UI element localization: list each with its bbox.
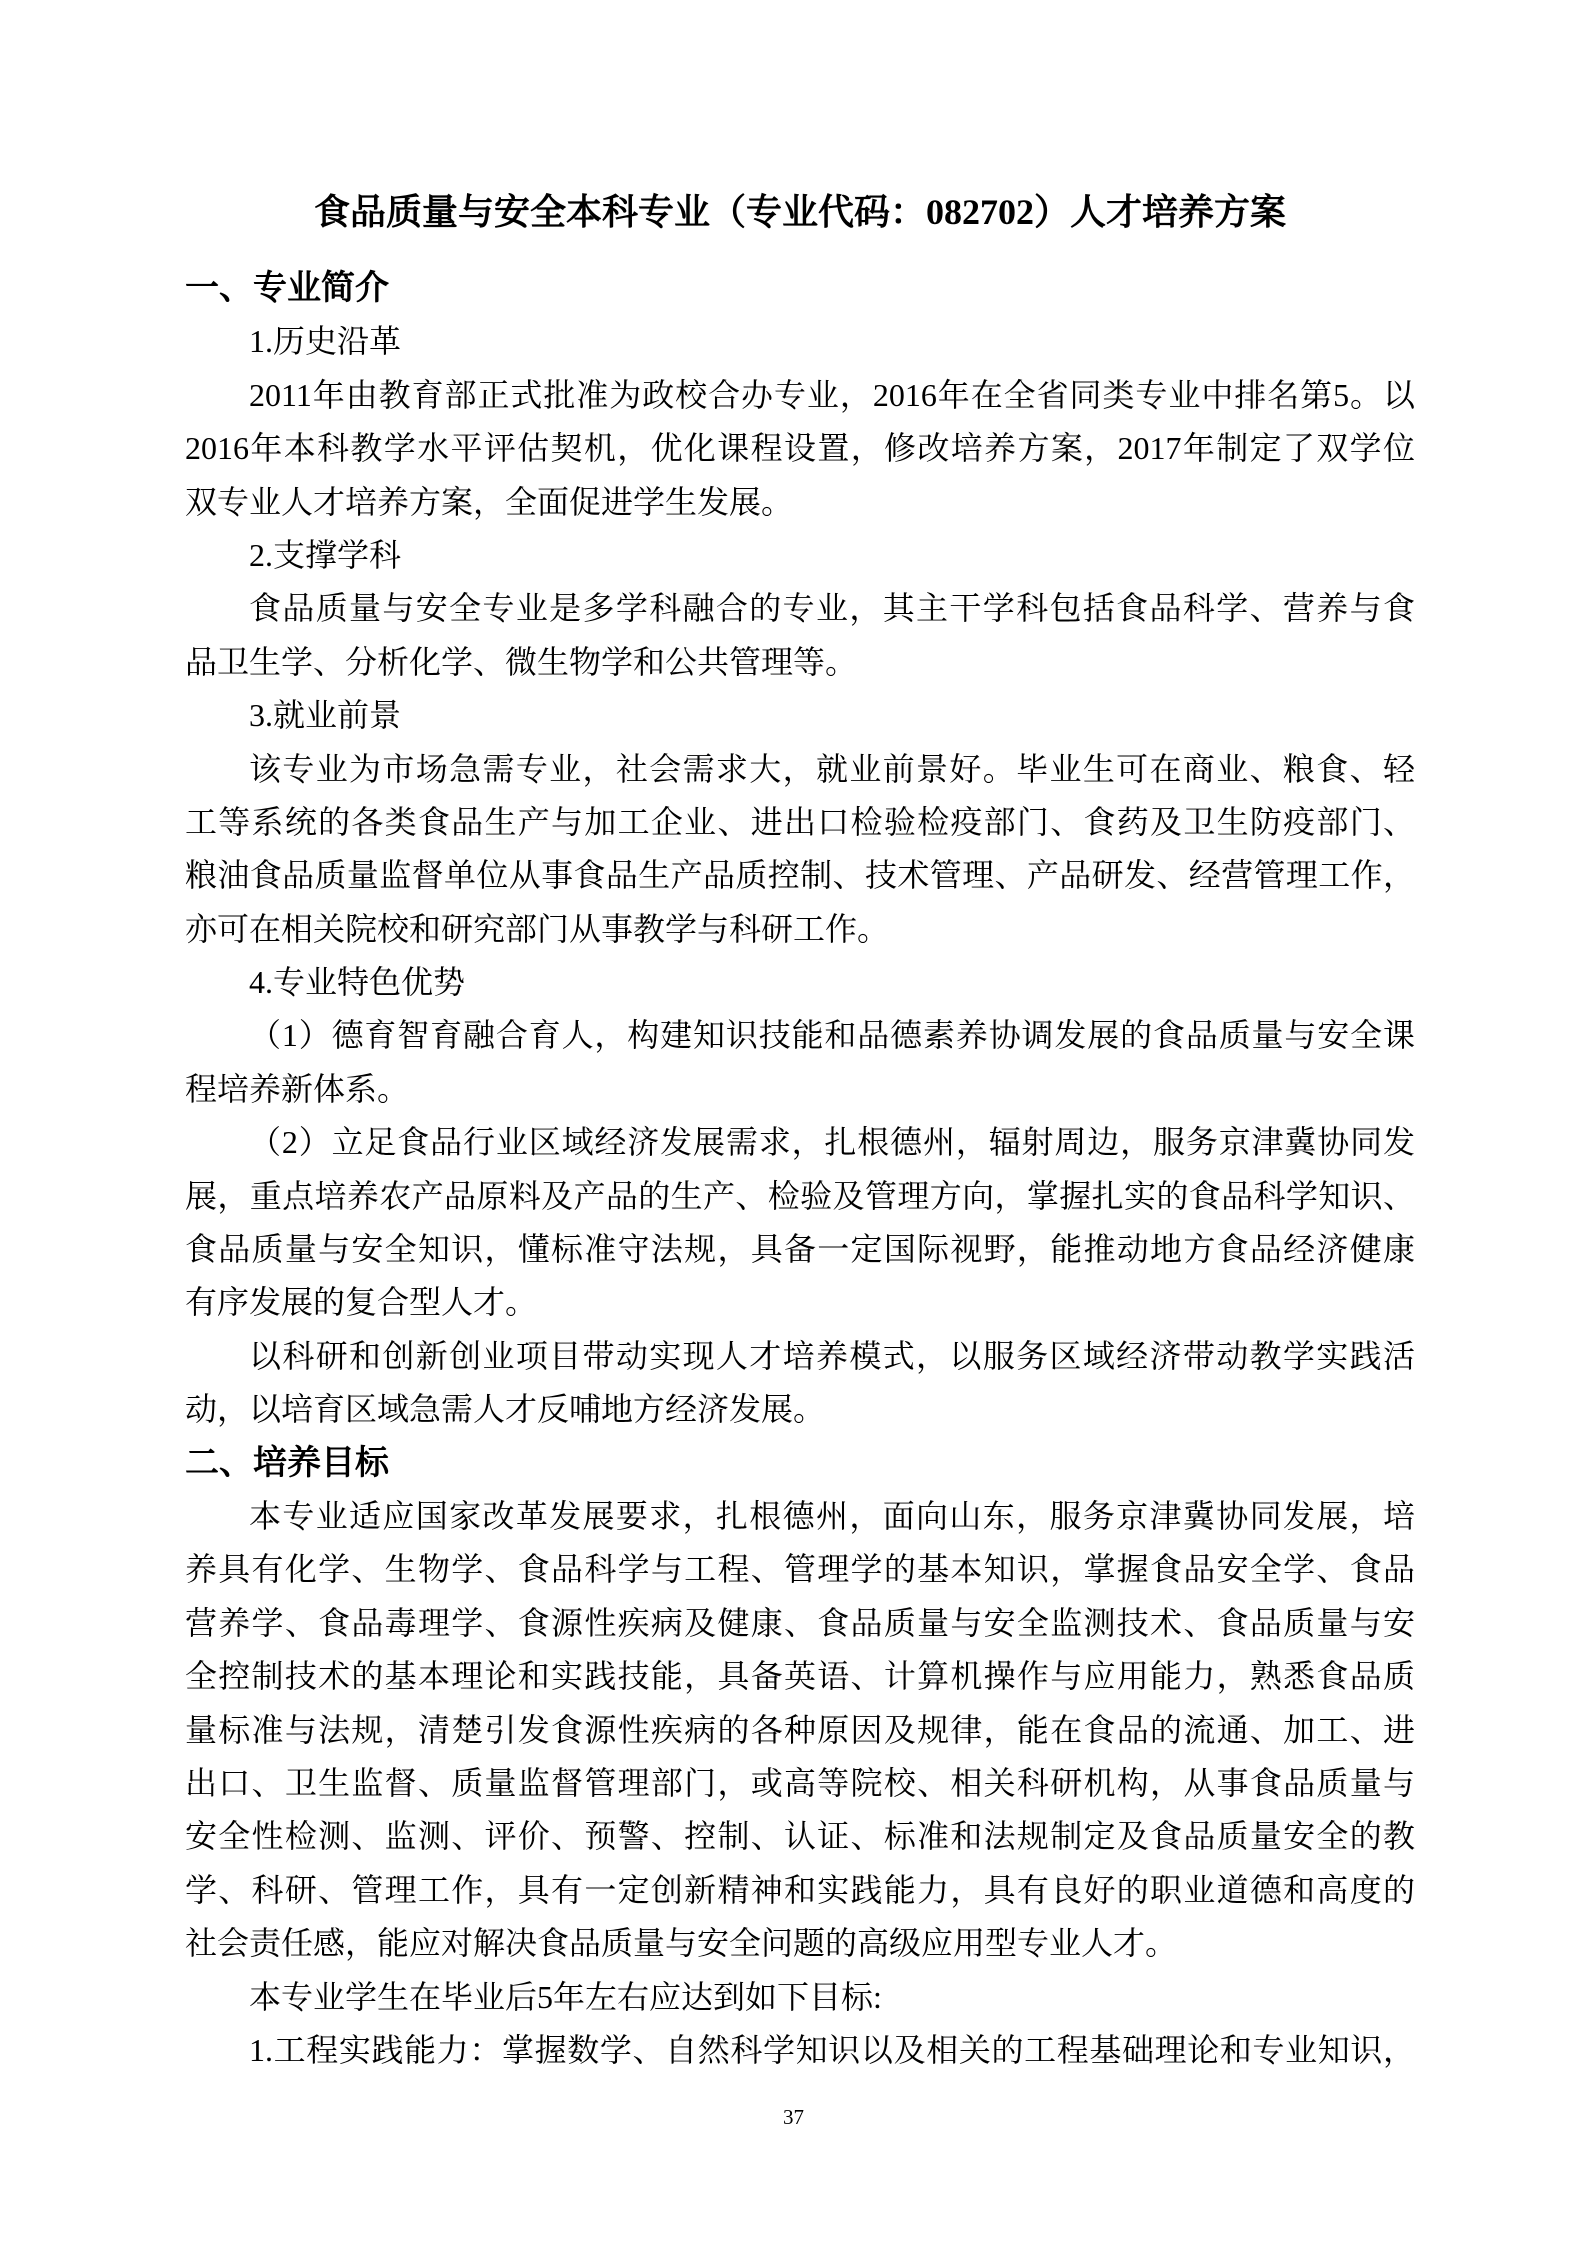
page-number: 37: [0, 2102, 1587, 2132]
paragraph-line: 安全性检测、监测、评价、预警、控制、认证、标准和法规制定及食品质量安全的教: [185, 1810, 1415, 1863]
document-body: 食品质量与安全本科专业（专业代码：082702）人才培养方案 一、专业简介 1.…: [0, 0, 1587, 2077]
section-heading-1: 一、专业简介: [185, 262, 1415, 315]
subsection-heading-2: 2.支撑学科: [185, 529, 1415, 582]
paragraph-line: 以科研和创新创业项目带动实现人才培养模式，以服务区域经济带动教学实践活: [185, 1330, 1415, 1383]
paragraph-line: 展，重点培养农产品原料及产品的生产、检验及管理方向，掌握扎实的食品科学知识、: [185, 1170, 1415, 1223]
paragraph-line: 社会责任感，能应对解决食品质量与安全问题的高级应用型专业人才。: [185, 1917, 1415, 1970]
paragraph-line: 亦可在相关院校和研究部门从事教学与科研工作。: [185, 903, 1415, 956]
paragraph-line: 粮油食品质量监督单位从事食品生产品质控制、技术管理、产品研发、经营管理工作，: [185, 849, 1415, 902]
subsection-heading-3: 3.就业前景: [185, 689, 1415, 742]
paragraph-line: 双专业人才培养方案，全面促进学生发展。: [185, 476, 1415, 529]
paragraph-line: 品卫生学、分析化学、微生物学和公共管理等。: [185, 636, 1415, 689]
paragraph-line: 营养学、食品毒理学、食源性疾病及健康、食品质量与安全监测技术、食品质量与安: [185, 1597, 1415, 1650]
document-page: 食品质量与安全本科专业（专业代码：082702）人才培养方案 一、专业简介 1.…: [0, 0, 1587, 2245]
paragraph-line: 动，以培育区域急需人才反哺地方经济发展。: [185, 1383, 1415, 1436]
paragraph-line: 1.工程实践能力：掌握数学、自然科学知识以及相关的工程基础理论和专业知识，: [185, 2024, 1415, 2077]
subsection-heading-4: 4.专业特色优势: [185, 956, 1415, 1009]
paragraph-line: 程培养新体系。: [185, 1063, 1415, 1116]
paragraph-line: 全控制技术的基本理论和实践技能，具备英语、计算机操作与应用能力，熟悉食品质: [185, 1650, 1415, 1703]
paragraph-line: 工等系统的各类食品生产与加工企业、进出口检验检疫部门、食药及卫生防疫部门、: [185, 796, 1415, 849]
paragraph-line: （2）立足食品行业区域经济发展需求，扎根德州，辐射周边，服务京津冀协同发: [185, 1116, 1415, 1169]
paragraph-line: 有序发展的复合型人才。: [185, 1276, 1415, 1329]
paragraph-line: 食品质量与安全知识，懂标准守法规，具备一定国际视野，能推动地方食品经济健康: [185, 1223, 1415, 1276]
paragraph-line: 食品质量与安全专业是多学科融合的专业，其主干学科包括食品科学、营养与食: [185, 582, 1415, 635]
paragraph-line: 出口、卫生监督、质量监督管理部门，或高等院校、相关科研机构，从事食品质量与: [185, 1757, 1415, 1810]
paragraph-line: 学、科研、管理工作，具有一定创新精神和实践能力，具有良好的职业道德和高度的: [185, 1864, 1415, 1917]
subsection-heading-1: 1.历史沿革: [185, 315, 1415, 368]
paragraph-line: 2011年由教育部正式批准为政校合办专业，2016年在全省同类专业中排名第5。以: [185, 369, 1415, 422]
paragraph-line: 本专业学生在毕业后5年左右应达到如下目标:: [185, 1971, 1415, 2024]
paragraph-line: 该专业为市场急需专业，社会需求大，就业前景好。毕业生可在商业、粮食、轻: [185, 743, 1415, 796]
paragraph-line: 养具有化学、生物学、食品科学与工程、管理学的基本知识，掌握食品安全学、食品: [185, 1543, 1415, 1596]
paragraph-line: 量标准与法规，清楚引发食源性疾病的各种原因及规律，能在食品的流通、加工、进: [185, 1704, 1415, 1757]
document-title: 食品质量与安全本科专业（专业代码：082702）人才培养方案: [185, 190, 1415, 234]
paragraph-line: 2016年本科教学水平评估契机，优化课程设置，修改培养方案，2017年制定了双学…: [185, 422, 1415, 475]
paragraph-line: 本专业适应国家改革发展要求，扎根德州，面向山东，服务京津冀协同发展，培: [185, 1490, 1415, 1543]
paragraph-line: （1）德育智育融合育人，构建知识技能和品德素养协调发展的食品质量与安全课: [185, 1009, 1415, 1062]
section-heading-2: 二、培养目标: [185, 1437, 1415, 1490]
